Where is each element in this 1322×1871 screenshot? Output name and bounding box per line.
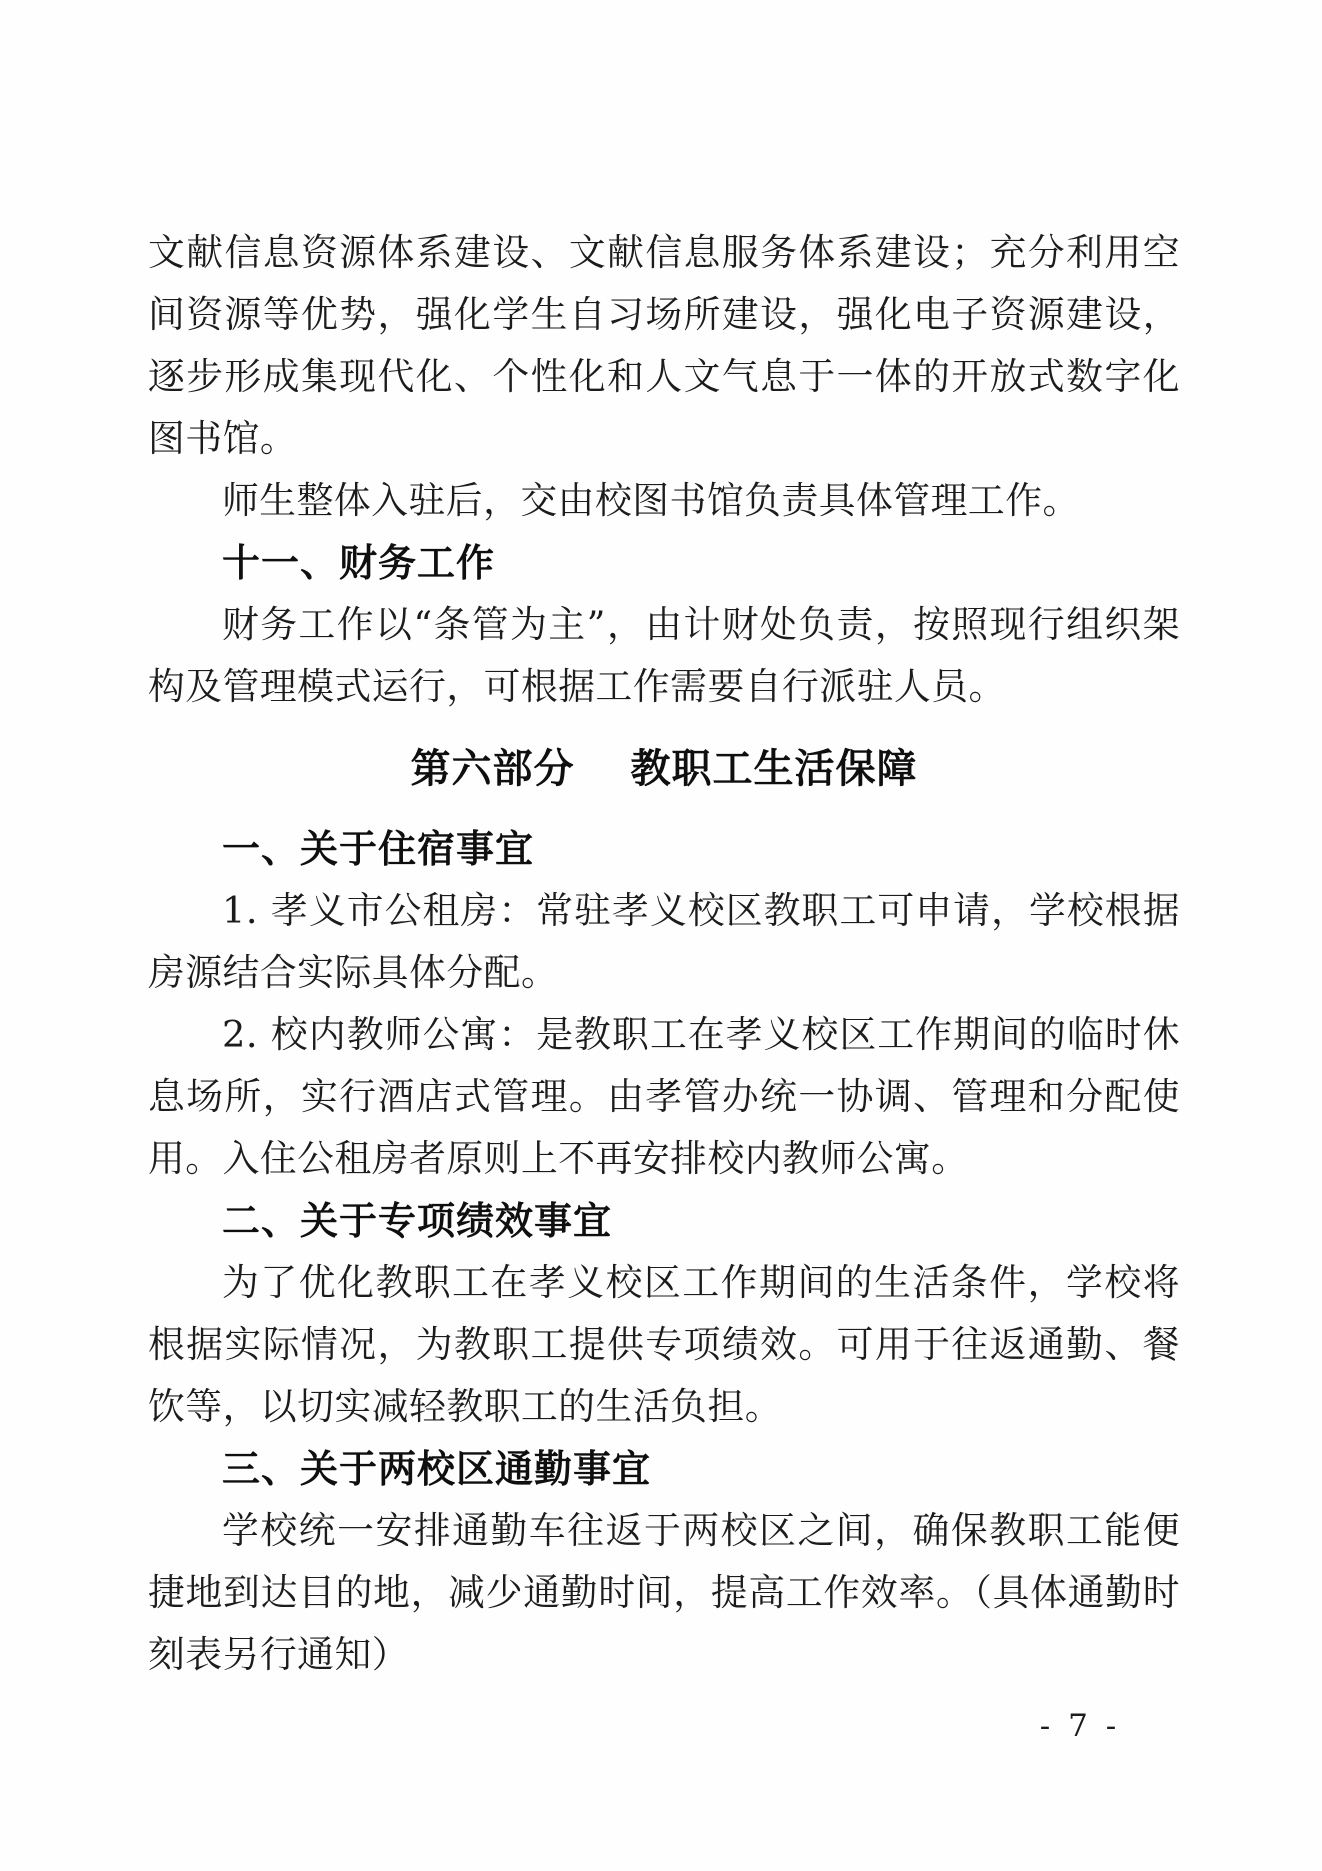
heading-campus-commute: 三、关于两校区通勤事宜 bbox=[148, 1438, 1180, 1500]
paragraph-library-management: 师生整体入驻后，交由校图书馆负责具体管理工作。 bbox=[148, 470, 1180, 532]
paragraph-teacher-apartment: 2. 校内教师公寓：是教职工在孝义校区工作期间的临时休息场所，实行酒店式管理。由… bbox=[148, 1004, 1180, 1190]
heading-accommodation: 一、关于住宿事宜 bbox=[148, 818, 1180, 880]
page-number: - 7 - bbox=[1025, 1706, 1135, 1746]
section-heading-part-six: 第六部分教职工生活保障 bbox=[148, 738, 1180, 800]
paragraph-finance-detail: 财务工作以“条管为主”，由计财处负责，按照现行组织架构及管理模式运行，可根据工作… bbox=[148, 594, 1180, 718]
heading-special-performance: 二、关于专项绩效事宜 bbox=[148, 1190, 1180, 1252]
paragraph-campus-commute-detail: 学校统一安排通勤车往返于两校区之间，确保教职工能便捷地到达目的地，减少通勤时间，… bbox=[148, 1500, 1180, 1686]
section-heading-title: 教职工生活保障 bbox=[631, 746, 918, 792]
document-page: 文献信息资源体系建设、文献信息服务体系建设；充分利用空间资源等优势，强化学生自习… bbox=[0, 0, 1322, 1871]
section-heading-number: 第六部分 bbox=[411, 746, 575, 792]
text-block: 文献信息资源体系建设、文献信息服务体系建设；充分利用空间资源等优势，强化学生自习… bbox=[148, 222, 1180, 1686]
paragraph-library-construction: 文献信息资源体系建设、文献信息服务体系建设；充分利用空间资源等优势，强化学生自习… bbox=[148, 222, 1180, 470]
heading-finance-work: 十一、财务工作 bbox=[148, 532, 1180, 594]
paragraph-special-performance-detail: 为了优化教职工在孝义校区工作期间的生活条件，学校将根据实际情况，为教职工提供专项… bbox=[148, 1252, 1180, 1438]
scanned-document-body: { "document": { "blocks": [ { "type": "p… bbox=[0, 0, 1322, 1871]
paragraph-public-rental-housing: 1. 孝义市公租房：常驻孝义校区教职工可申请，学校根据房源结合实际具体分配。 bbox=[148, 880, 1180, 1004]
